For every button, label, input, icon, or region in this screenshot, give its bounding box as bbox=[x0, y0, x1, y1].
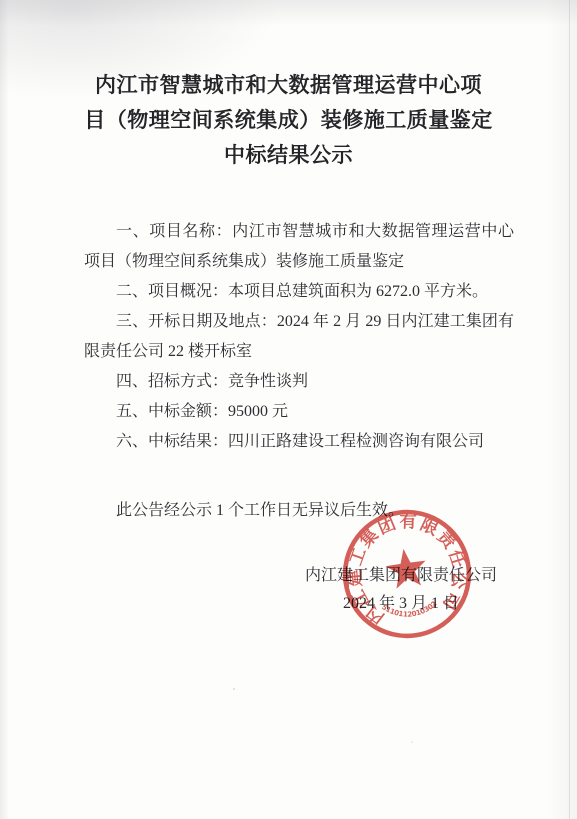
item-value: 四川正路建设工程检测咨询有限公司 bbox=[228, 433, 484, 450]
item-label: 二、项目概况： bbox=[116, 283, 228, 300]
item-label: 一、项目名称： bbox=[116, 223, 232, 240]
item-bid-result: 六、中标结果：四川正路建设工程检测咨询有限公司 bbox=[84, 427, 514, 457]
item-bid-amount: 五、中标金额：95000 元 bbox=[84, 397, 514, 427]
signature-date: 2024 年 3 月 1 日 bbox=[305, 590, 497, 618]
signature-block: 内江建工集团有限责任公司 2024 年 3 月 1 日 bbox=[305, 562, 497, 618]
scanned-document-page: 内江市智慧城市和大数据管理运营中心项 目（物理空间系统集成）装修施工质量鉴定 中… bbox=[0, 0, 577, 819]
title-line-2: 目（物理空间系统集成）装修施工质量鉴定 bbox=[40, 103, 537, 138]
scan-shadow-right bbox=[547, 0, 577, 819]
item-project-name: 一、项目名称：内江市智慧城市和大数据管理运营中心项目（物理空间系统集成）装修施工… bbox=[84, 217, 514, 277]
title-line-1: 内江市智慧城市和大数据管理运营中心项 bbox=[40, 68, 537, 103]
item-bid-opening: 三、开标日期及地点：2024 年 2 月 29 日内江建工集团有限责任公司 22… bbox=[84, 307, 514, 367]
item-label: 五、中标金额： bbox=[116, 403, 228, 420]
document-title: 内江市智慧城市和大数据管理运营中心项 目（物理空间系统集成）装修施工质量鉴定 中… bbox=[40, 68, 537, 173]
title-line-3: 中标结果公示 bbox=[40, 138, 537, 173]
item-tender-method: 四、招标方式：竞争性谈判 bbox=[84, 367, 514, 397]
closing-statement: 此公告经公示 1 个工作日无异议后生效。 bbox=[84, 496, 514, 526]
signature-company: 内江建工集团有限责任公司 bbox=[305, 562, 497, 590]
item-value: 竞争性谈判 bbox=[228, 373, 308, 390]
scan-edge-line bbox=[569, 0, 570, 819]
item-label: 六、中标结果： bbox=[116, 433, 228, 450]
item-value: 95000 元 bbox=[228, 403, 288, 420]
scan-shadow-left bbox=[0, 0, 9, 819]
scan-speck bbox=[411, 741, 413, 743]
document-body: 一、项目名称：内江市智慧城市和大数据管理运营中心项目（物理空间系统集成）装修施工… bbox=[84, 217, 514, 526]
item-value: 本项目总建筑面积为 6272.0 平方米。 bbox=[228, 283, 488, 300]
item-project-overview: 二、项目概况：本项目总建筑面积为 6272.0 平方米。 bbox=[84, 277, 514, 307]
scan-speck bbox=[233, 688, 235, 690]
item-label: 三、开标日期及地点： bbox=[116, 313, 277, 330]
item-label: 四、招标方式： bbox=[116, 373, 228, 390]
